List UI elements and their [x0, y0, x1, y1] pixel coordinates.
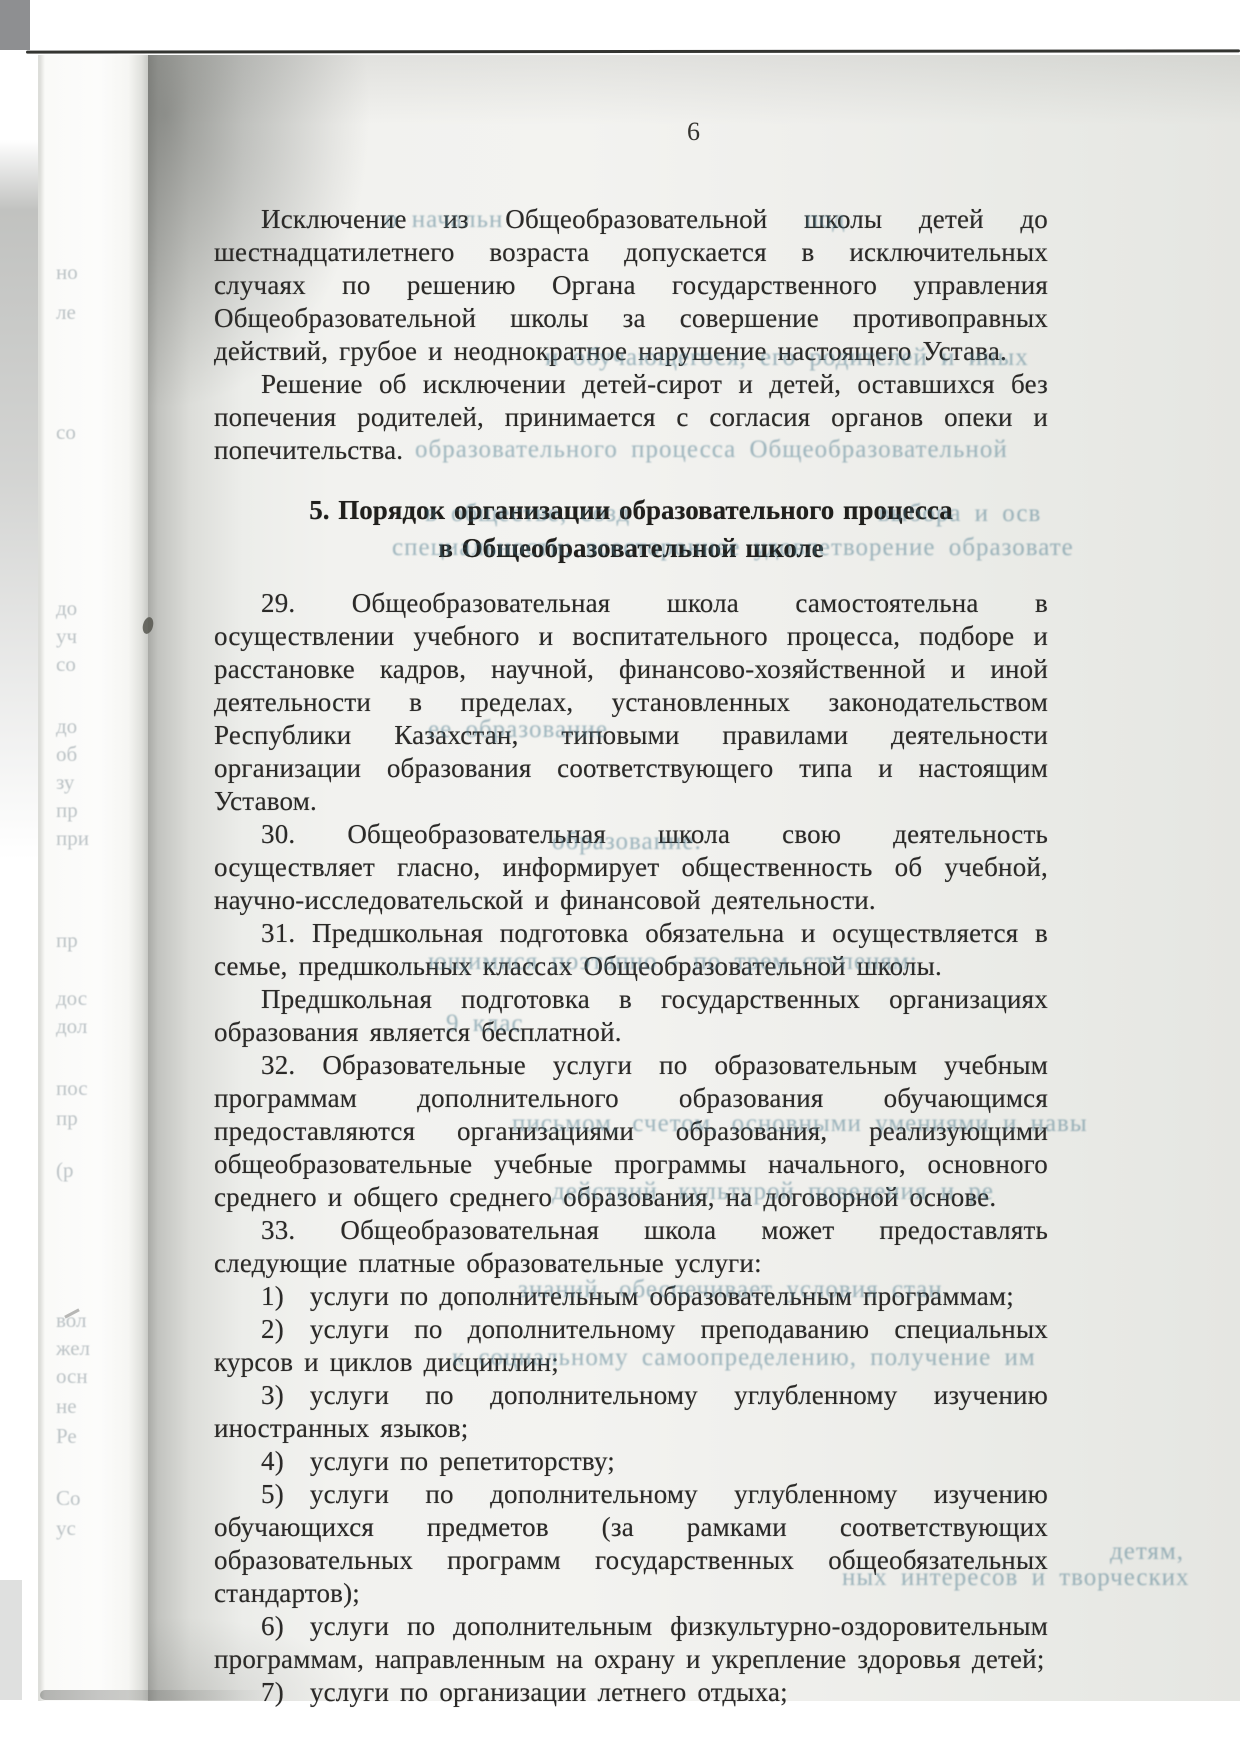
service-item: 6)услуги по дополнительным физкультурно-…	[214, 1610, 1048, 1676]
bleedthrough-text: детям,	[1110, 1538, 1184, 1566]
edge-text-fragment: Со	[56, 1486, 81, 1511]
bleedthrough-text: выбора и осв	[878, 500, 1041, 528]
edge-text-fragment: до	[56, 714, 77, 739]
service-item-number: 4)	[261, 1446, 284, 1476]
edge-text-fragment: не	[56, 1394, 77, 1419]
edge-text-fragment: об	[56, 742, 77, 767]
service-item-text: услуги по репетиторству;	[310, 1446, 615, 1476]
bleedthrough-text: специальности; всестороннее удовлетворен…	[392, 534, 1074, 562]
scan-edge-line	[26, 49, 1240, 53]
edge-text-fragment: зу	[56, 770, 74, 795]
edge-text-fragment: при	[56, 826, 89, 851]
scanned-document-page: 6 Исключение из Общеобразовательной школ…	[0, 0, 1240, 1755]
edge-text-fragment: но	[56, 260, 78, 285]
bleedthrough-text: действий, культурой поведения и ре	[552, 1178, 994, 1206]
service-item-text: услуги по дополнительным физкультурно-оз…	[214, 1611, 1048, 1674]
paragraph-29: 29. Общеобразовательная школа самостояте…	[214, 587, 1048, 818]
service-item: 4)услуги по репетиторству;	[214, 1445, 1048, 1478]
scanner-corner-block	[0, 0, 30, 50]
paragraph-31b: Предшкольная подготовка в государственны…	[214, 983, 1048, 1049]
page-number: 6	[148, 117, 1240, 147]
edge-text-fragment: со	[56, 420, 76, 445]
bleedthrough-text: ных интересов и творческих	[842, 1564, 1190, 1592]
bottom-edge-shadow	[40, 1690, 270, 1700]
edge-text-fragment: со	[56, 652, 76, 677]
service-item-number: 6)	[261, 1611, 284, 1641]
bleedthrough-text: письмом, счетом, основными умениями и на…	[512, 1110, 1088, 1138]
edge-text-fragment: пр	[56, 1106, 78, 1131]
bleedthrough-text: к социальному самоопределению, получение…	[452, 1344, 1036, 1372]
paper-edge-strip	[38, 55, 148, 1701]
bleedthrough-text: и обучающегося, его родителей и иных	[545, 344, 1029, 372]
service-item-number: 1)	[261, 1281, 284, 1311]
edge-text-fragment: дол	[56, 1014, 87, 1039]
bleedthrough-text: 9 клас	[446, 1010, 524, 1038]
service-item-number: 5)	[261, 1479, 284, 1509]
edge-text-fragment: пос	[56, 1076, 88, 1101]
bleedthrough-text: ющимися поэтапно - по трем ступеням:	[428, 948, 918, 976]
page-surface: 6 Исключение из Общеобразовательной школ…	[148, 55, 1240, 1701]
edge-text-fragment: до	[56, 596, 77, 621]
service-item-text: услуги по организации летнего отдыха;	[310, 1677, 788, 1707]
edge-text-fragment: осн	[56, 1364, 88, 1389]
bleedthrough-text: ее образование	[428, 716, 608, 744]
edge-text-fragment: дос	[56, 986, 87, 1011]
edge-text-fragment: (р	[56, 1158, 74, 1183]
edge-text-fragment: пр	[56, 928, 78, 953]
edge-text-fragment: уч	[56, 624, 77, 649]
bleedthrough-text: в обществе, созд	[425, 500, 630, 528]
service-item-text: услуги по дополнительному углубленному и…	[214, 1380, 1048, 1443]
service-item: 7)услуги по организации летнего отдыха;	[214, 1676, 1048, 1709]
edge-text-fragment: Ре	[56, 1424, 77, 1449]
edge-text-fragment: жел	[56, 1336, 90, 1361]
service-item-number: 3)	[261, 1380, 284, 1410]
bleedthrough-text: под	[805, 206, 846, 234]
edge-text-fragment: пр	[56, 798, 78, 823]
service-item: 3)услуги по дополнительному углубленному…	[214, 1379, 1048, 1445]
bleedthrough-text: образовательного процесса Общеобразовате…	[415, 436, 1008, 464]
edge-text-fragment: ус	[56, 1516, 76, 1541]
bleedthrough-text: знаний, обеспечивает условия стан	[518, 1276, 943, 1304]
left-shadow-band	[0, 140, 38, 860]
paragraph-33: 33. Общеобразовательная школа может пред…	[214, 1214, 1048, 1280]
bleedthrough-text: о начальн	[385, 206, 503, 234]
left-shadow-band-bottom	[0, 1580, 22, 1700]
bleedthrough-text: образование.	[552, 828, 702, 856]
service-item-number: 2)	[261, 1314, 284, 1344]
edge-text-fragment: ле	[56, 300, 76, 325]
